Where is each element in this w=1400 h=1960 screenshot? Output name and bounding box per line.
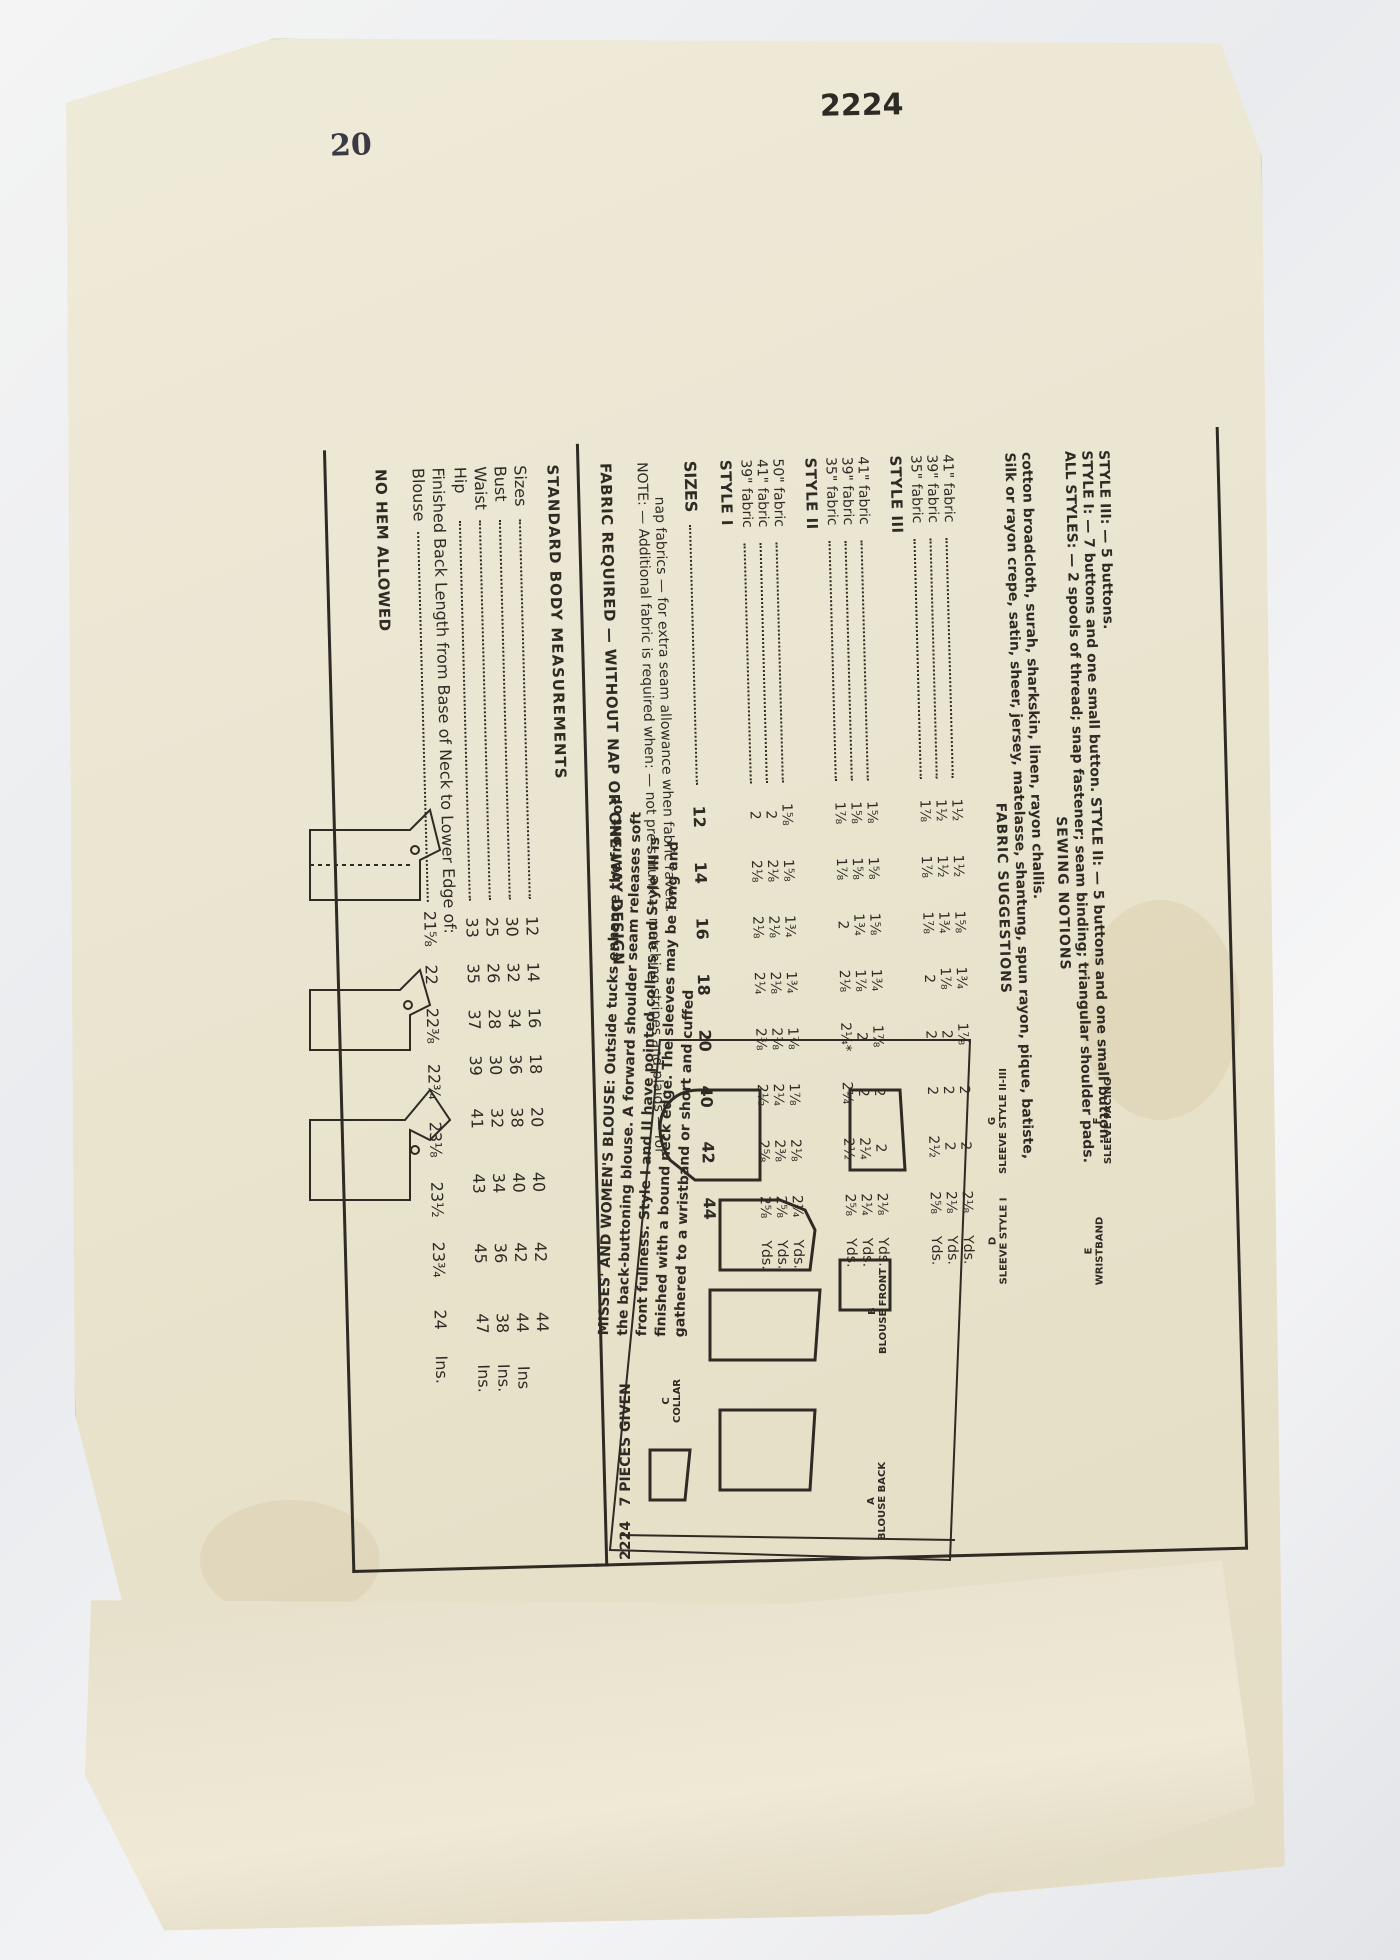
blouse-illustrations <box>290 790 470 1270</box>
pieces-header: 2224 7 PIECES GIVEN <box>618 1383 634 1560</box>
envelope-flap <box>54 1559 1295 1952</box>
piece-e-label: EWRISTBAND <box>1083 1217 1105 1286</box>
pattern-pieces-diagram <box>600 1030 980 1570</box>
piece-d-label: DSLEEVE STYLE I <box>987 1198 1009 1285</box>
style-1-title: STYLE I <box>716 460 736 526</box>
piece-a-label: ABLOUSE BACK <box>866 1462 888 1540</box>
piece-b-label: BBLOUSE FRONT <box>867 1268 889 1354</box>
piece-g-shape <box>660 1090 760 1180</box>
piece-g-label: GSLEEVE STYLE II-III <box>987 1068 1009 1174</box>
piece-f-label: FSLEEVE FACING <box>1092 1078 1114 1164</box>
style-2-title: STYLE II <box>801 457 821 530</box>
piece-c-label: CCOLLAR <box>661 1379 683 1423</box>
style-3-title: STYLE III <box>886 455 906 534</box>
